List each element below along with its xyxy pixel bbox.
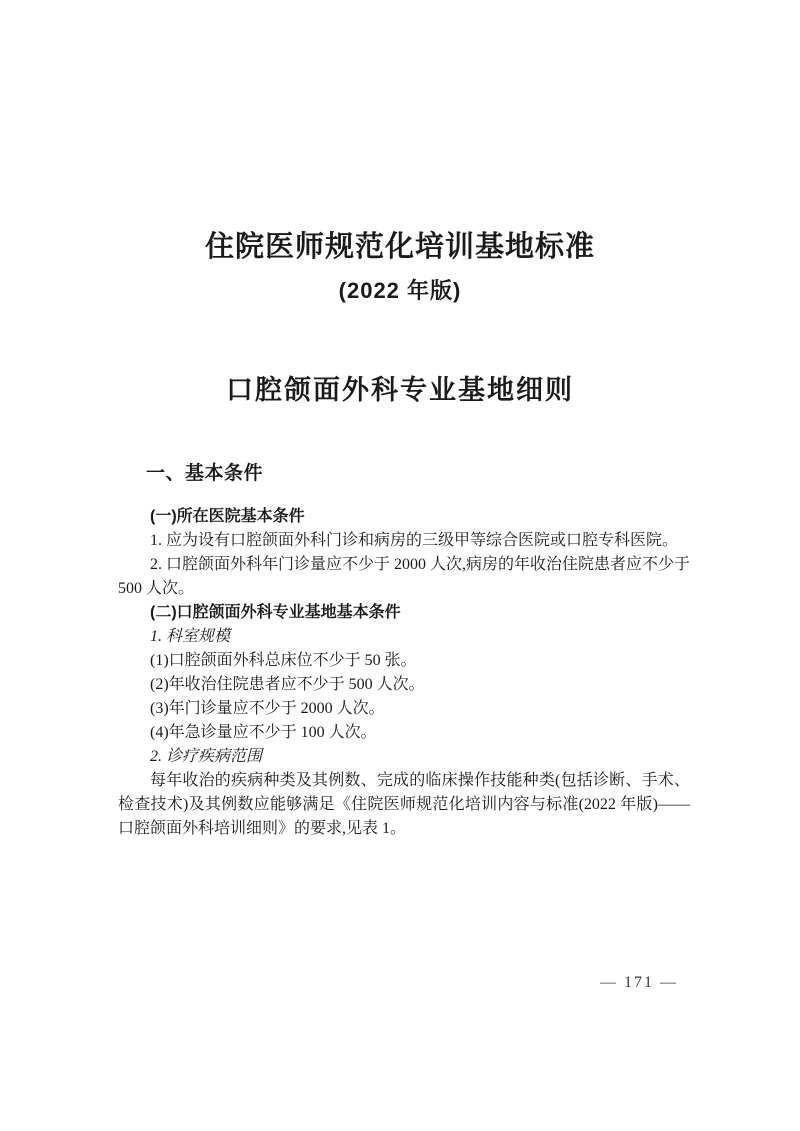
paragraph-emergency-requirement: (4)年急诊量应不少于 100 人次。	[118, 721, 690, 745]
paragraph-hospital-requirement-2: 2. 口腔颌面外科年门诊量应不少于 2000 人次,病房的年收治住院患者应不少于…	[118, 553, 690, 601]
subsection-heading-hospital-conditions: (一)所在医院基本条件	[118, 505, 690, 529]
document-edition: (2022 年版)	[0, 274, 800, 305]
subsection-heading-base-conditions: (二)口腔颌面外科专业基地基本条件	[118, 601, 690, 625]
item-heading-disease-scope: 2. 诊疗疾病范围	[118, 745, 690, 769]
document-subtitle: 口腔颌面外科专业基地细则	[0, 368, 800, 407]
paragraph-beds-requirement: (1)口腔颌面外科总床位不少于 50 张。	[118, 649, 690, 673]
page-number: — 171 —	[600, 974, 678, 992]
document-page: 住院医师规范化培训基地标准 (2022 年版) 口腔颌面外科专业基地细则 一、基…	[0, 0, 800, 1131]
paragraph-hospital-requirement-1: 1. 应为设有口腔颌面外科门诊和病房的三级甲等综合医院或口腔专科医院。	[118, 529, 690, 553]
paragraph-inpatient-requirement: (2)年收治住院患者应不少于 500 人次。	[118, 673, 690, 697]
document-body: 一、基本条件 (一)所在医院基本条件 1. 应为设有口腔颌面外科门诊和病房的三级…	[118, 458, 690, 841]
document-title: 住院医师规范化培训基地标准	[0, 224, 800, 265]
paragraph-disease-scope-detail: 每年收治的疾病种类及其例数、完成的临床操作技能种类(包括诊断、手术、检查技术)及…	[118, 769, 690, 841]
item-heading-department-scale: 1. 科室规模	[118, 625, 690, 649]
paragraph-outpatient-requirement: (3)年门诊量应不少于 2000 人次。	[118, 697, 690, 721]
section-heading: 一、基本条件	[118, 458, 690, 485]
